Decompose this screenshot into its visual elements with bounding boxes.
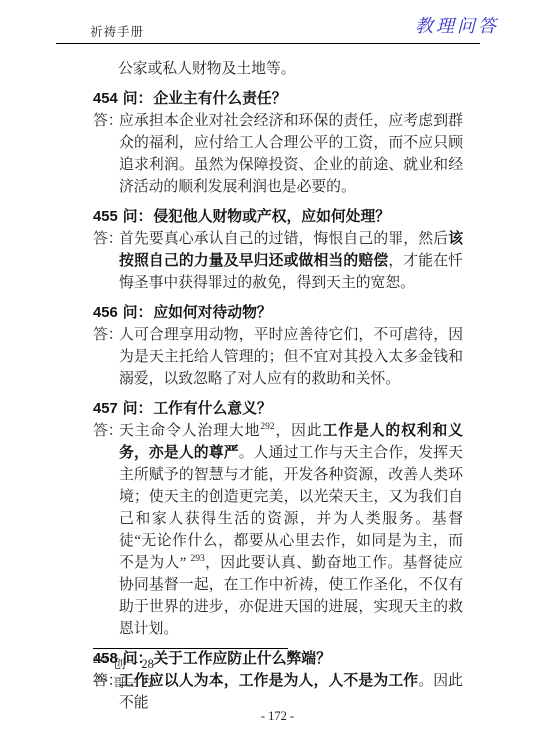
qa-item-457: 457问：工作有什么意义？ 答： 天主命令人治理大地292，因此工作是人的权利和… xyxy=(93,398,463,640)
question-heading-454: 454问：企业主有什么责任？ xyxy=(93,88,463,110)
footnote-292: 292创一 28 xyxy=(93,655,463,674)
question-label: 问： xyxy=(123,209,153,225)
question-heading-457: 457问：工作有什么意义？ xyxy=(93,398,463,420)
question-text: 应如何对待动物？ xyxy=(153,305,271,321)
document-page: 祈祷手册 教理问答 公家或私人财物及土地等。 454问：企业主有什么责任？ 答：… xyxy=(0,0,555,739)
question-text: 企业主有什么责任？ xyxy=(153,91,286,107)
answer-text: 首先要真心承认自己的过错，悔恨自己的罪，然后该按照自己的力量及早归还或做相当的赔… xyxy=(119,228,463,294)
footnote-ref: 293 xyxy=(93,675,107,685)
answer-456: 答： 人可合理享用动物，平时应善待它们，不可虐待，因为是天主托给人管理的；但不宜… xyxy=(93,324,463,390)
question-label: 问： xyxy=(123,305,153,321)
footnotes-section: 292创一 28 293哥三 23 xyxy=(93,648,463,693)
qa-item-455: 455问：侵犯他人财物或产权，应如何处理？ 答： 首先要真心承认自己的过错，悔恨… xyxy=(93,206,463,294)
header-rule xyxy=(56,43,480,44)
question-heading-456: 456问：应如何对待动物？ xyxy=(93,302,463,324)
question-number: 455 xyxy=(93,209,118,225)
answer-text: 天主命令人治理大地292，因此工作是人的权利和义务，亦是人的尊严。人通过工作与天… xyxy=(119,420,463,640)
page-number: - 172 - xyxy=(0,709,555,724)
answer-label: 答： xyxy=(93,420,119,640)
answer-455: 答： 首先要真心承认自己的过错，悔恨自己的罪，然后该按照自己的力量及早归还或做相… xyxy=(93,228,463,294)
answer-text: 人可合理享用动物，平时应善待它们，不可虐待，因为是天主托给人管理的；但不宜对其投… xyxy=(119,324,463,390)
footnote-text: 创一 28 xyxy=(113,657,154,671)
answer-text: 应承担本企业对社会经济和环保的责任，应考虑到群众的福利，应付给工人合理公平的工资… xyxy=(119,110,463,198)
question-label: 问： xyxy=(123,401,153,417)
answer-454: 答： 应承担本企业对社会经济和环保的责任，应考虑到群众的福利，应付给工人合理公平… xyxy=(93,110,463,198)
question-text: 工作有什么意义？ xyxy=(153,401,271,417)
question-number: 456 xyxy=(93,305,118,321)
question-number: 454 xyxy=(93,91,118,107)
question-label: 问： xyxy=(123,91,153,107)
footnote-separator xyxy=(93,648,288,649)
body-text: 公家或私人财物及土地等。 454问：企业主有什么责任？ 答： 应承担本企业对社会… xyxy=(93,58,463,714)
continuation-paragraph: 公家或私人财物及土地等。 xyxy=(93,58,463,80)
footnote-293: 293哥三 23 xyxy=(93,674,463,693)
answer-457: 答： 天主命令人治理大地292，因此工作是人的权利和义务，亦是人的尊严。人通过工… xyxy=(93,420,463,640)
answer-label: 答： xyxy=(93,110,119,198)
footnote-ref: 292 xyxy=(93,656,107,666)
question-heading-455: 455问：侵犯他人财物或产权，应如何处理？ xyxy=(93,206,463,228)
question-number: 457 xyxy=(93,401,118,417)
footnote-text: 哥三 23 xyxy=(113,676,154,690)
header-left-title: 祈祷手册 xyxy=(90,22,144,40)
qa-item-454: 454问：企业主有什么责任？ 答： 应承担本企业对社会经济和环保的责任，应考虑到… xyxy=(93,88,463,198)
question-text: 侵犯他人财物或产权，应如何处理？ xyxy=(153,209,390,225)
answer-label: 答： xyxy=(93,324,119,390)
header-right-title: 教理问答 xyxy=(415,12,499,38)
answer-label: 答： xyxy=(93,228,119,294)
qa-item-456: 456问：应如何对待动物？ 答： 人可合理享用动物，平时应善待它们，不可虐待，因… xyxy=(93,302,463,390)
